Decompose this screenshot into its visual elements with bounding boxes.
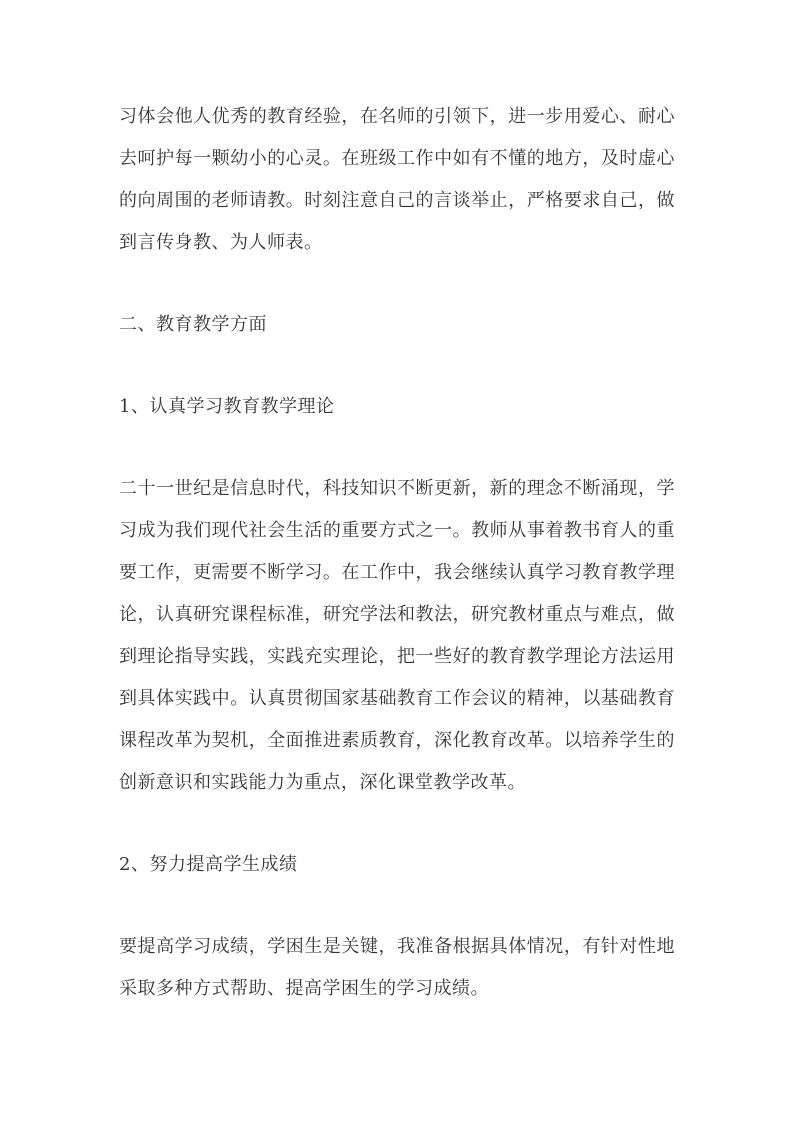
paragraph-improve-grades-body: 要提高学习成绩，学困生是关键，我准备根据具体情况，有针对性地采取多种方式帮助、提…	[119, 926, 675, 1010]
subsection-heading-improve-grades: 2、努力提高学生成绩	[119, 844, 675, 886]
section-heading-education-teaching: 二、教育教学方面	[119, 304, 675, 346]
paragraph-moral-cultivation: 习体会他人优秀的教育经验，在名师的引领下，进一步用爱心、耐心去呵护每一颗幼小的心…	[119, 96, 675, 264]
document-page: 习体会他人优秀的教育经验，在名师的引领下，进一步用爱心、耐心去呵护每一颗幼小的心…	[0, 0, 793, 1122]
subsection-heading-study-theory: 1、认真学习教育教学理论	[119, 386, 675, 428]
paragraph-study-theory-body: 二十一世纪是信息时代，科技知识不断更新，新的理念不断涌现，学习成为我们现代社会生…	[119, 468, 675, 804]
